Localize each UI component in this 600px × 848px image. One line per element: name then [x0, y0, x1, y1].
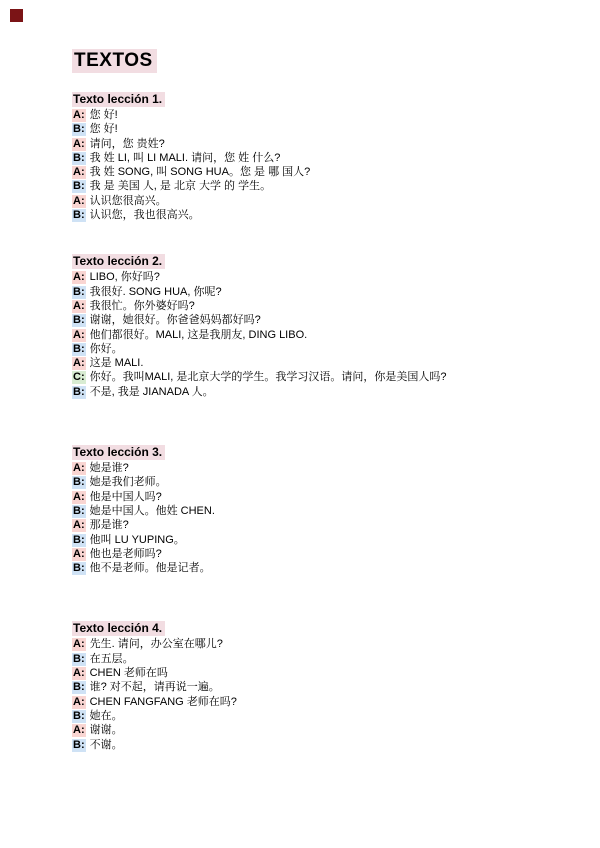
dialogue-line: B:我很好. SONG HUA, 你呢? [72, 285, 580, 299]
dialogue-line: A:CHEN FANGFANG 老师在吗? [72, 695, 580, 709]
dialogue-text: 他是中国人吗? [86, 491, 162, 503]
dialogue-line: B:在五层。 [72, 652, 580, 666]
dialogue-text: 认识您很高兴。 [86, 195, 167, 207]
speaker-label: B: [72, 286, 86, 299]
dialogue-line: A:请问，您 贵姓? [72, 137, 580, 151]
dialogue-line: B:她是中国人。他姓 CHEN. [72, 504, 580, 518]
lesson-heading: Texto lección 3. [72, 445, 580, 460]
lesson-heading: Texto lección 1. [72, 92, 580, 107]
dialogue-text: 我很忙。你外婆好吗? [86, 300, 195, 312]
speaker-label: B: [72, 681, 86, 694]
speaker-label: B: [72, 710, 86, 723]
speaker-label: A: [72, 638, 86, 651]
document-content: TEXTOS Texto lección 1.A:您 好!B:您 好!A:请问，… [72, 0, 580, 752]
speaker-label: A: [72, 271, 86, 284]
dialogue-line: A:那是谁? [72, 518, 580, 532]
dialogue-text: 谢谢。 [86, 724, 123, 736]
dialogue-text: 她在。 [86, 710, 123, 722]
speaker-label: B: [72, 180, 86, 193]
dialogue-line: B:他不是老师。他是记者。 [72, 561, 580, 575]
speaker-label: A: [72, 724, 86, 737]
dialogue-text: 这是 MALI. [86, 357, 144, 369]
dialogue-text: 认识您，我也很高兴。 [86, 209, 200, 221]
dialogue-line: A:我 姓 SONG, 叫 SONG HUA。您 是 哪 国人? [72, 165, 580, 179]
dialogue-line: B:她在。 [72, 709, 580, 723]
speaker-label: B: [72, 476, 86, 489]
dialogue-line: A:他们都很好。MALI, 这是我朋友, DING LIBO. [72, 328, 580, 342]
speaker-label: B: [72, 386, 86, 399]
dialogue-line: A:认识您很高兴。 [72, 194, 580, 208]
speaker-label: A: [72, 667, 86, 680]
dialogue-text: 我 姓 LI, 叫 LI MALI. 请问，您 姓 什么? [86, 152, 281, 164]
dialogue-line: B:不谢。 [72, 738, 580, 752]
speaker-label: B: [72, 123, 86, 136]
dialogue-line: A:您 好! [72, 108, 580, 122]
lesson-heading-text: Texto lección 1. [72, 92, 165, 107]
dialogue-line: B:认识您，我也很高兴。 [72, 208, 580, 222]
lesson-section: Texto lección 4.A:先生. 请问，办公室在哪儿?B:在五层。A:… [72, 621, 580, 751]
speaker-label: A: [72, 519, 86, 532]
document-title: TEXTOS [72, 50, 580, 72]
speaker-label: A: [72, 195, 86, 208]
dialogue-line: A:先生. 请问，办公室在哪儿? [72, 637, 580, 651]
dialogue-line: B:谁? 对不起，请再说一遍。 [72, 680, 580, 694]
document-page: TEXTOS Texto lección 1.A:您 好!B:您 好!A:请问，… [0, 0, 600, 848]
speaker-label: A: [72, 491, 86, 504]
dialogue-line: B:他叫 LU YUPING。 [72, 533, 580, 547]
dialogue-text: 不是, 我是 JIANADA 人。 [86, 386, 214, 398]
dialogue-line: A:我很忙。你外婆好吗? [72, 299, 580, 313]
dialogue-text: 他们都很好。MALI, 这是我朋友, DING LIBO. [86, 329, 308, 341]
dialogue-line: A:谢谢。 [72, 723, 580, 737]
dialogue-text: 她是谁? [86, 462, 129, 474]
dialogue-text: 您 好! [86, 123, 118, 135]
lesson-section: Texto lección 3.A:她是谁?B:她是我们老师。A:他是中国人吗?… [72, 445, 580, 575]
dialogue-line: A:这是 MALI. [72, 356, 580, 370]
speaker-label: B: [72, 653, 86, 666]
dialogue-text: 我很好. SONG HUA, 你呢? [86, 286, 222, 298]
dialogue-text: 我 姓 SONG, 叫 SONG HUA。您 是 哪 国人? [86, 166, 311, 178]
speaker-label: B: [72, 314, 86, 327]
dialogue-text: 在五层。 [86, 653, 134, 665]
speaker-label: B: [72, 343, 86, 356]
dialogue-text: 我 是 美国 人, 是 北京 大学 的 学生。 [86, 180, 272, 192]
dialogue-text: CHEN FANGFANG 老师在吗? [86, 696, 237, 708]
dialogue-text: 你好。我叫MALI, 是北京大学的学生。我学习汉语。请问，你是美国人吗? [86, 371, 447, 383]
lesson-heading-text: Texto lección 3. [72, 445, 165, 460]
dialogue-text: 她是我们老师。 [86, 476, 167, 488]
dialogue-text: 不谢。 [86, 739, 123, 751]
speaker-label: A: [72, 462, 86, 475]
speaker-label: B: [72, 209, 86, 222]
dialogue-text: 那是谁? [86, 519, 129, 531]
lesson-section: Texto lección 1.A:您 好!B:您 好!A:请问，您 贵姓?B:… [72, 92, 580, 222]
dialogue-line: B:不是, 我是 JIANADA 人。 [72, 385, 580, 399]
red-square-marker [10, 9, 23, 22]
lesson-section: Texto lección 2.A:LIBO, 你好吗?B:我很好. SONG … [72, 254, 580, 399]
dialogue-line: A:CHEN 老师在吗 [72, 666, 580, 680]
speaker-label: B: [72, 505, 86, 518]
dialogue-text: 先生. 请问，办公室在哪儿? [86, 638, 223, 650]
dialogue-text: 他也是老师吗? [86, 548, 162, 560]
speaker-label: C: [72, 371, 86, 384]
speaker-label: A: [72, 138, 86, 151]
document-title-text: TEXTOS [72, 49, 157, 73]
lesson-heading: Texto lección 4. [72, 621, 580, 636]
dialogue-line: B:谢谢，她很好。你爸爸妈妈都好吗? [72, 313, 580, 327]
lesson-heading: Texto lección 2. [72, 254, 580, 269]
lessons-container: Texto lección 1.A:您 好!B:您 好!A:请问，您 贵姓?B:… [72, 92, 580, 752]
dialogue-line: B:您 好! [72, 122, 580, 136]
lesson-heading-text: Texto lección 2. [72, 254, 165, 269]
dialogue-line: A:他是中国人吗? [72, 490, 580, 504]
speaker-label: A: [72, 696, 86, 709]
speaker-label: B: [72, 562, 86, 575]
speaker-label: B: [72, 534, 86, 547]
dialogue-line: A:她是谁? [72, 461, 580, 475]
dialogue-text: 他不是老师。他是记者。 [86, 562, 211, 574]
speaker-label: B: [72, 739, 86, 752]
dialogue-text: LIBO, 你好吗? [86, 271, 160, 283]
speaker-label: A: [72, 166, 86, 179]
dialogue-line: C:你好。我叫MALI, 是北京大学的学生。我学习汉语。请问，你是美国人吗? [72, 370, 580, 384]
speaker-label: A: [72, 548, 86, 561]
dialogue-text: 你好。 [86, 343, 123, 355]
dialogue-text: 您 好! [86, 109, 118, 121]
dialogue-line: B:你好。 [72, 342, 580, 356]
speaker-label: A: [72, 357, 86, 370]
lesson-heading-text: Texto lección 4. [72, 621, 165, 636]
dialogue-text: 请问，您 贵姓? [86, 138, 165, 150]
speaker-label: A: [72, 329, 86, 342]
dialogue-line: B:我 姓 LI, 叫 LI MALI. 请问，您 姓 什么? [72, 151, 580, 165]
speaker-label: B: [72, 152, 86, 165]
dialogue-text: 谁? 对不起，请再说一遍。 [86, 681, 220, 693]
dialogue-line: B:我 是 美国 人, 是 北京 大学 的 学生。 [72, 179, 580, 193]
speaker-label: A: [72, 109, 86, 122]
dialogue-text: 她是中国人。他姓 CHEN. [86, 505, 215, 517]
dialogue-line: B:她是我们老师。 [72, 475, 580, 489]
dialogue-text: 他叫 LU YUPING。 [86, 534, 185, 546]
dialogue-text: CHEN 老师在吗 [86, 667, 168, 679]
speaker-label: A: [72, 300, 86, 313]
dialogue-line: A:他也是老师吗? [72, 547, 580, 561]
dialogue-text: 谢谢，她很好。你爸爸妈妈都好吗? [86, 314, 261, 326]
dialogue-line: A:LIBO, 你好吗? [72, 270, 580, 284]
